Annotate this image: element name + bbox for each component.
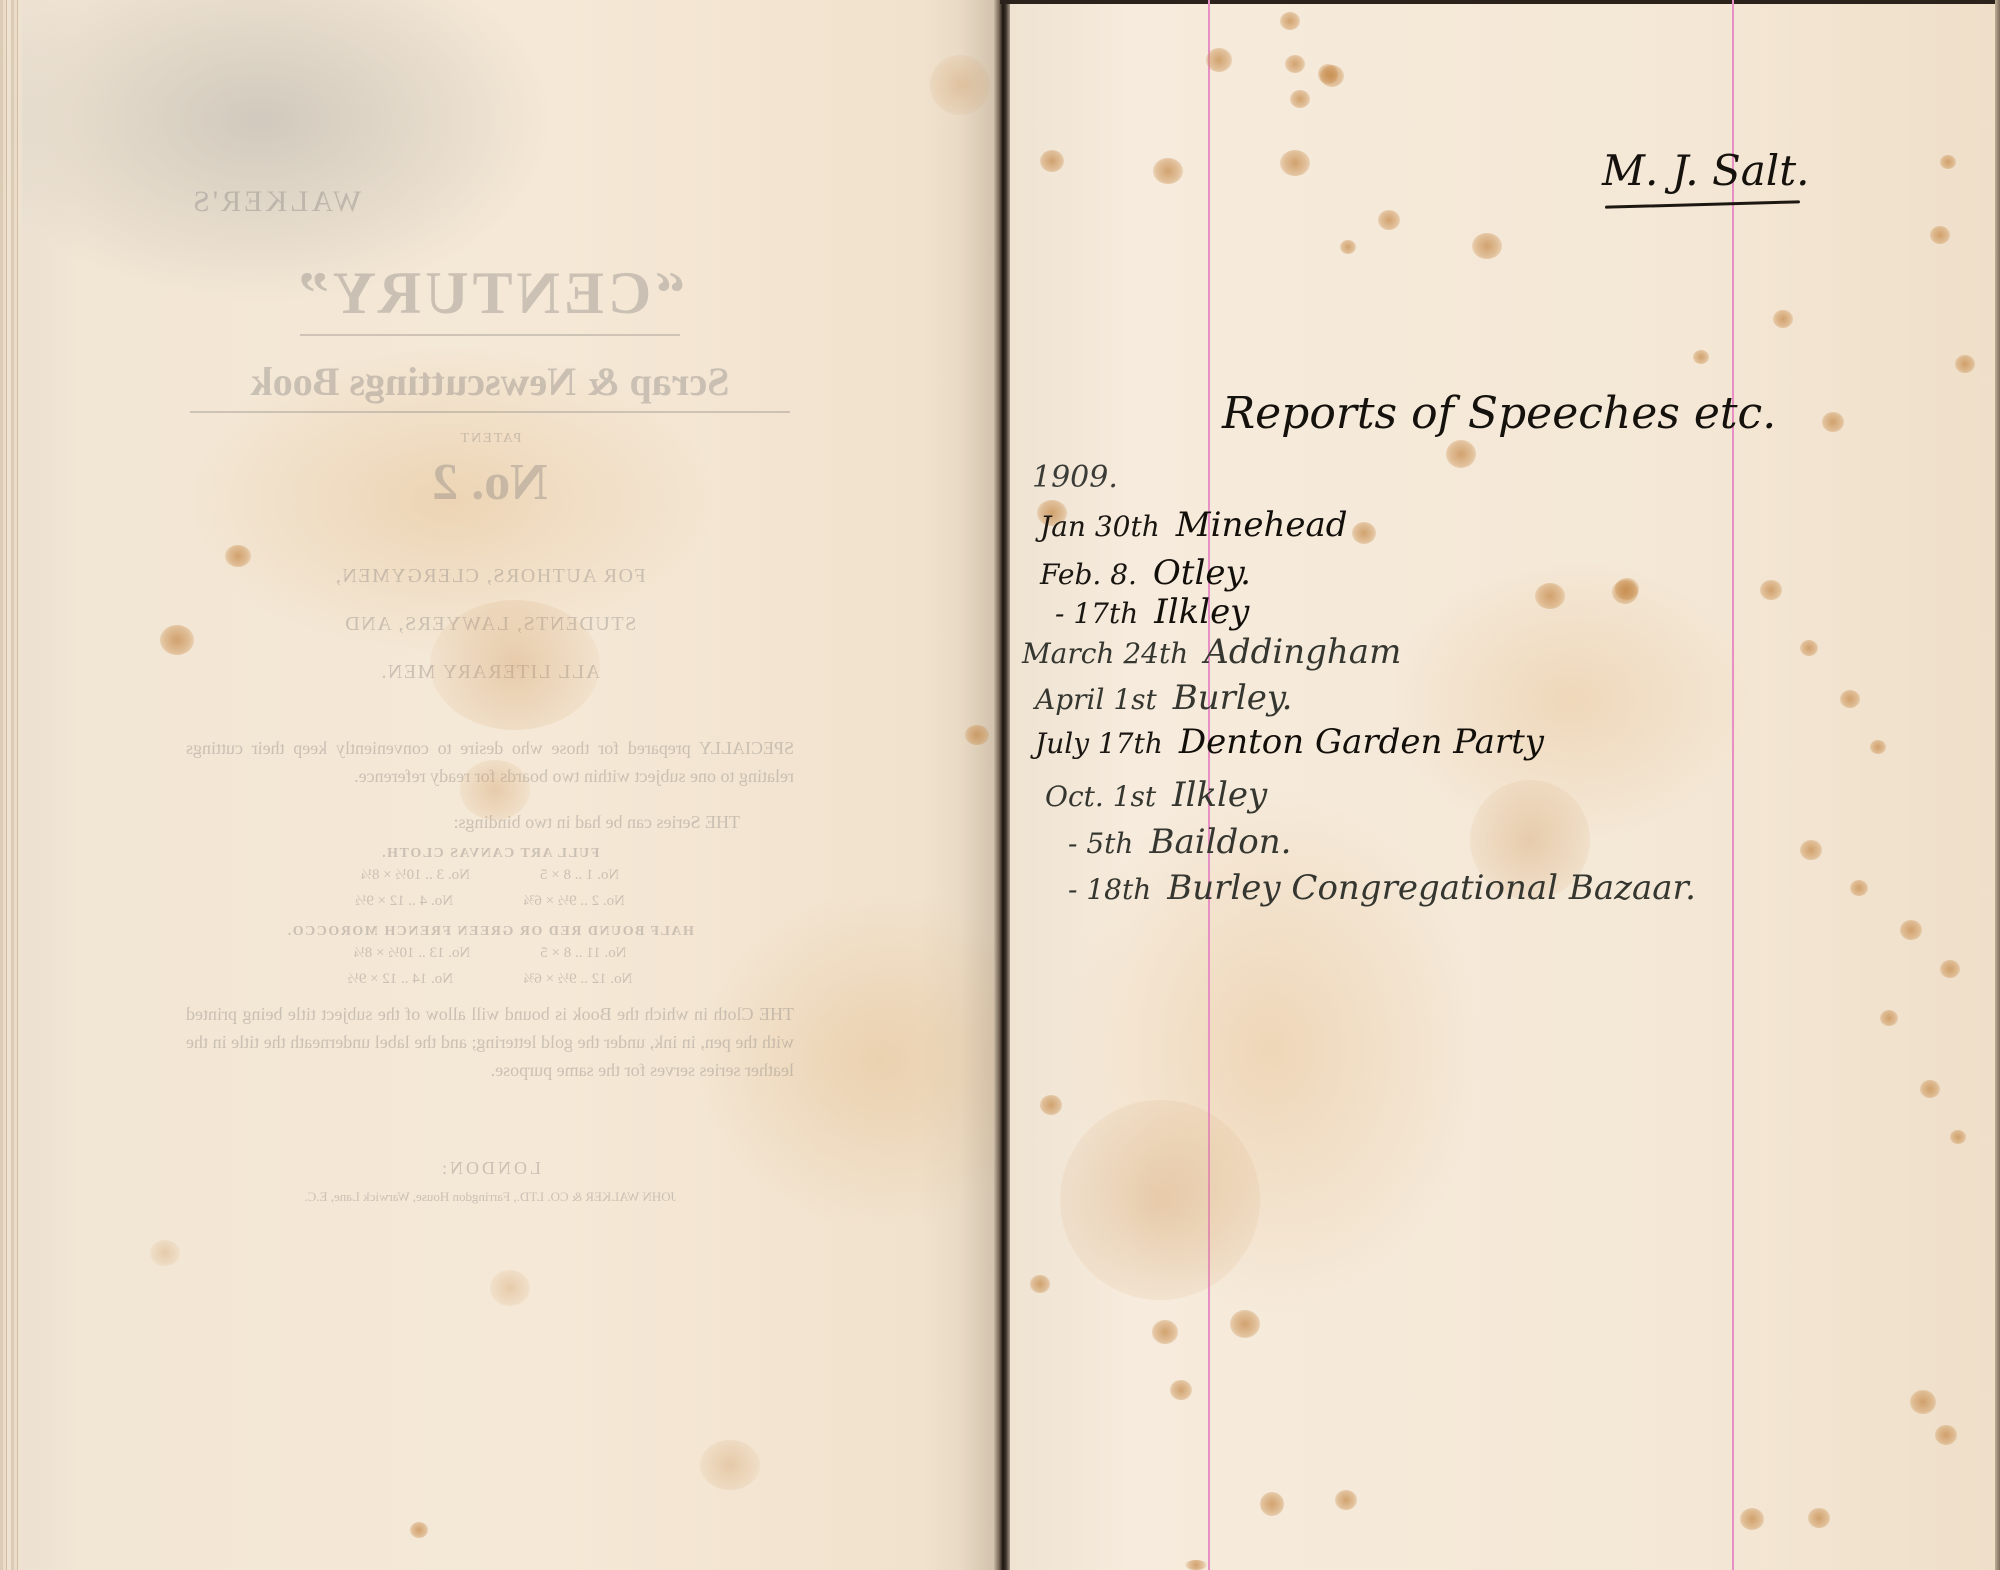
foxing-stain	[1285, 55, 1305, 73]
foxing-stain	[1340, 240, 1356, 254]
foxing-stain	[1030, 1275, 1050, 1293]
owner-signature: M. J. Salt.	[1602, 146, 1809, 195]
entry-place: Burley Congregational Bazaar.	[1167, 868, 1696, 908]
foxing-stain	[1870, 740, 1886, 754]
speech-entry: - 18th Burley Congregational Bazaar.	[1068, 868, 1696, 908]
foxing-stain	[1822, 412, 1844, 432]
brand-name: WALKER'S	[180, 185, 800, 219]
product-name: “CENTURY”	[180, 259, 800, 328]
size-cell: No. 11 .. 8 × 5	[540, 940, 626, 966]
entry-place: Burley.	[1173, 678, 1293, 718]
entry-date: March 24th	[1022, 637, 1188, 670]
size-row: No. 11 .. 8 × 5 No. 13 .. 10½ × 8¼	[180, 940, 800, 966]
foxing-stain	[700, 1440, 760, 1490]
patent-label: PATENT	[180, 431, 800, 447]
foxing-stain	[1290, 90, 1310, 108]
size-row: No. 1 .. 8 × 5 No. 3 .. 10½ × 8¼	[180, 862, 800, 888]
speech-entry: Feb. 8. Otley.	[1040, 553, 1251, 593]
entry-place: Otley.	[1153, 553, 1251, 593]
foxing-stain	[1920, 1080, 1940, 1098]
foxing-stain	[1740, 1508, 1764, 1530]
entry-place: Ilkley	[1154, 592, 1249, 632]
foxing-stain	[1612, 580, 1638, 604]
foxing-stain	[1955, 355, 1975, 373]
divider	[300, 334, 680, 336]
entry-date: July 17th	[1035, 727, 1163, 760]
entry-date: Oct. 1st	[1045, 780, 1156, 813]
foxing-stain	[1280, 12, 1300, 30]
entry-date: Jan 30th	[1040, 510, 1160, 543]
foxing-stain	[1280, 150, 1310, 176]
entry-date: April 1st	[1035, 683, 1157, 716]
size-row: No. 2 .. 9½ × 6¾ No. 4 .. 12 × 9½	[180, 888, 800, 914]
foxing-stain	[1800, 640, 1818, 656]
foxing-stain	[1693, 350, 1709, 364]
foxing-stain	[1352, 522, 1376, 544]
foxing-stain	[150, 1240, 180, 1266]
foxing-stain	[1760, 580, 1782, 600]
divider	[190, 411, 790, 413]
binding-name: FULL ART CANVAS CLOTH.	[180, 846, 800, 862]
foxing-stain	[1260, 1492, 1284, 1516]
speech-entry: July 17th Denton Garden Party	[1035, 722, 1544, 762]
foxing-stain	[1185, 1560, 1207, 1570]
page-right-edge	[1995, 0, 2000, 1570]
foxing-stain	[1800, 840, 1822, 860]
city-label: LONDON:	[180, 1158, 800, 1179]
speech-entry: - 17th Ilkley	[1055, 592, 1249, 632]
foxing-stain	[965, 725, 989, 745]
foxing-stain	[1950, 1130, 1966, 1144]
size-cell: No. 1 .. 8 × 5	[540, 862, 619, 888]
entry-place: Baildon.	[1149, 822, 1291, 862]
entry-date: Feb. 8.	[1040, 558, 1137, 591]
foxing-stain	[1940, 155, 1956, 169]
foxing-stain	[1930, 226, 1950, 244]
foxing-stain	[1040, 1095, 1062, 1115]
size-cell: No. 12 .. 9½ × 6¾	[523, 966, 632, 992]
foxing-stain	[225, 545, 251, 567]
right-margin-rule	[1732, 0, 1734, 1570]
foxing-stain	[1840, 690, 1860, 708]
left-page: WALKER'S “CENTURY” Scrap & Newscuttings …	[0, 0, 1000, 1570]
audience-line: FOR AUTHORS, CLERGYMEN,	[180, 552, 800, 600]
foxing-stain	[930, 55, 990, 115]
entry-date: - 17th	[1055, 597, 1138, 630]
page-edge-strips	[0, 0, 22, 1570]
size-row: No. 12 .. 9½ × 6¾ No. 14 .. 12 × 9½	[180, 966, 800, 992]
foxing-stain	[1060, 1100, 1260, 1300]
speech-entry: - 5th Baildon.	[1068, 822, 1291, 862]
size-cell: No. 3 .. 10½ × 8¼	[361, 862, 470, 888]
foxing-stain	[1900, 920, 1922, 940]
foxing-stain	[1935, 1425, 1957, 1445]
open-scrapbook-spread: WALKER'S “CENTURY” Scrap & Newscuttings …	[0, 0, 2000, 1570]
publisher-imprint: JOHN WALKER & CO. LTD., Farringdon House…	[180, 1189, 800, 1205]
speech-entry: Jan 30th Minehead	[1040, 505, 1348, 545]
book-number: No. 2	[180, 453, 800, 512]
entry-place: Addingham	[1204, 632, 1401, 672]
speech-entry: April 1st Burley.	[1035, 678, 1292, 718]
binding-name: HALF BOUND RED OR GREEN FRENCH MOROCCO.	[180, 924, 800, 940]
size-cell: No. 14 .. 12 × 9½	[348, 966, 454, 992]
size-cell: No. 2 .. 9½ × 6¾	[523, 888, 625, 914]
entry-place: Denton Garden Party	[1179, 722, 1544, 762]
product-subtitle: Scrap & Newscuttings Book	[180, 358, 800, 405]
book-gutter	[994, 0, 1010, 1570]
foxing-stain	[1808, 1508, 1830, 1528]
foxing-stain	[1880, 1010, 1898, 1026]
foxing-stain	[410, 1522, 428, 1538]
entry-place: Minehead	[1176, 505, 1348, 545]
foxing-stain	[1230, 1310, 1260, 1338]
speech-entry: Oct. 1st Ilkley	[1045, 775, 1267, 815]
foxing-stain	[1773, 310, 1793, 328]
foxing-stain	[1940, 960, 1960, 978]
foxing-stain	[1472, 233, 1502, 259]
foxing-stain	[1535, 583, 1565, 609]
foxing-stain	[1206, 48, 1232, 72]
foxing-stain	[1153, 158, 1183, 184]
foxing-stain	[1850, 880, 1868, 896]
speech-entry: March 24th Addingham	[1022, 632, 1401, 672]
entry-date: - 5th	[1068, 827, 1133, 860]
foxing-stain	[160, 625, 194, 655]
entry-date: - 18th	[1068, 873, 1151, 906]
foxing-stain	[1910, 1390, 1936, 1414]
page-top-edge	[1000, 0, 2000, 4]
foxing-stain	[490, 1270, 530, 1306]
foxing-stain	[1040, 150, 1064, 172]
cloth-note: THE Cloth in which the Book is bound wil…	[180, 1000, 800, 1084]
foxing-stain	[1446, 440, 1476, 468]
page-heading: Reports of Speeches etc.	[1222, 388, 1776, 439]
size-cell: No. 13 .. 10½ × 8¼	[353, 940, 470, 966]
foxing-stain	[1170, 1380, 1192, 1400]
foxing-stain	[1378, 210, 1400, 230]
year-label: 1909.	[1032, 460, 1118, 495]
foxing-stain	[1335, 1490, 1357, 1510]
foxing-stain	[1152, 1320, 1178, 1344]
foxing-stain	[460, 760, 530, 820]
entry-place: Ilkley	[1172, 775, 1267, 815]
foxing-stain	[1320, 65, 1344, 87]
foxing-stain	[430, 600, 600, 730]
size-cell: No. 4 .. 12 × 9½	[355, 888, 453, 914]
